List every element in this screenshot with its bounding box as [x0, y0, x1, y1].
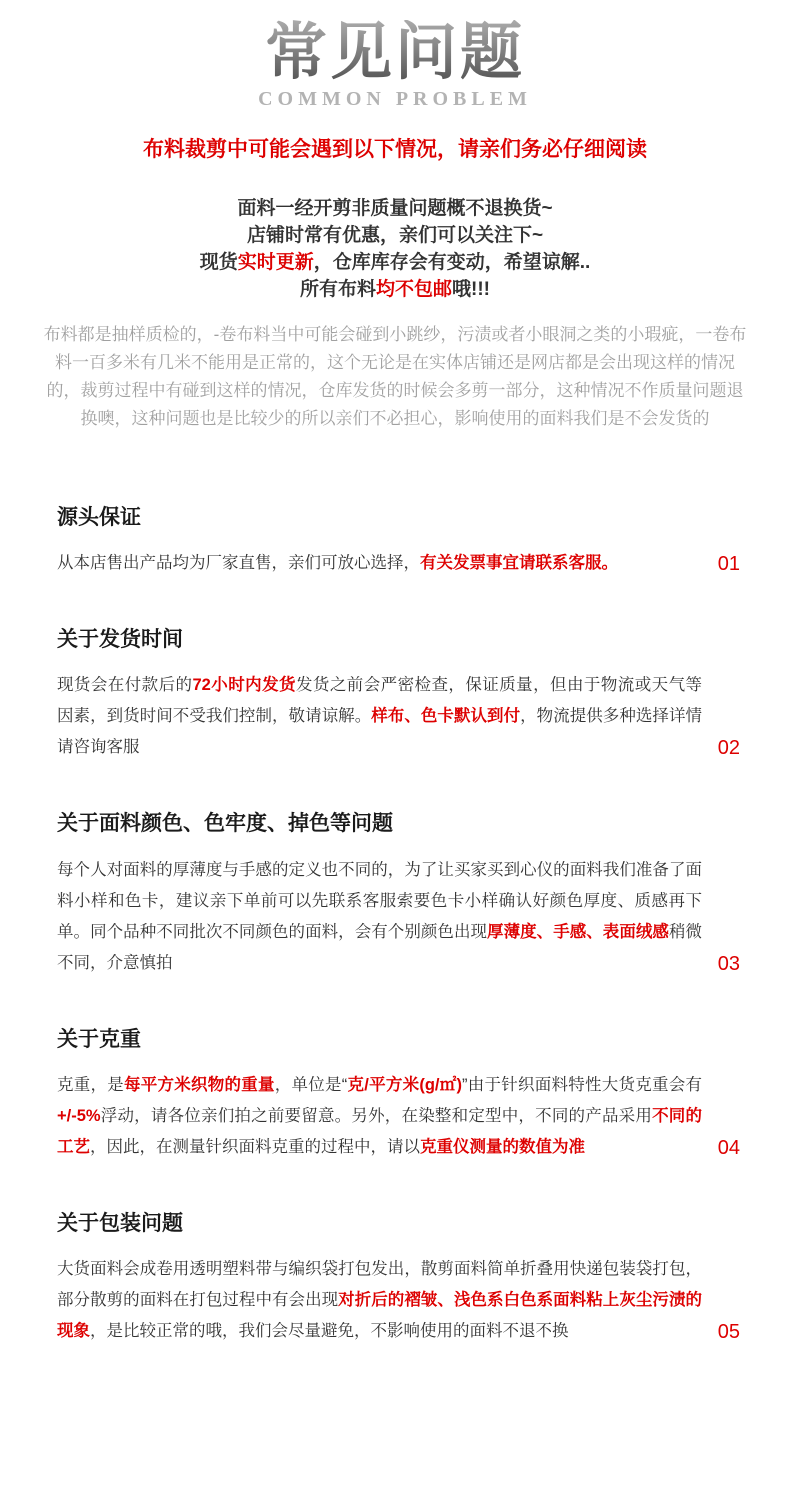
text-segment: 面料一经开剪非质量问题概不退换货~ — [237, 198, 552, 219]
section-title: 关于包装问题 — [57, 1211, 702, 1236]
page-subtitle-en: COMMON PROBLEM — [0, 88, 790, 111]
intro-line: 面料一经开剪非质量问题概不退换货~ — [0, 195, 790, 222]
text-segment: ”由于针织面料特性大货克重会有 — [462, 1076, 702, 1094]
section-number: 01 — [718, 553, 740, 576]
faq-section: 关于面料颜色、色牢度、掉色等问题 每个人对面料的厚薄度与手感的定义也不同的，为了… — [0, 811, 790, 978]
section-title: 关于发货时间 — [57, 627, 702, 652]
section-body: 大货面料会成卷用透明塑料带与编织袋打包发出，散剪面料简单折叠用快递包装袋打包，部… — [57, 1254, 702, 1347]
faq-section: 关于发货时间 现货会在付款后的72小时内发货发货之前会严密检查，保证质量，但由于… — [0, 627, 790, 763]
text-segment: 浮动，请各位亲们拍之前要留意。另外，在染整和定型中，不同的产品采用 — [101, 1107, 653, 1125]
intro-lines: 面料一经开剪非质量问题概不退换货~店铺时常有优惠，亲们可以关注下~现货实时更新，… — [0, 195, 790, 303]
highlight-text: 均不包邮 — [376, 279, 452, 300]
text-segment: ，是比较正常的哦，我们会尽量避免，不影响使用的面料不退不换 — [90, 1322, 569, 1340]
notice-text: 布料裁剪中可能会遇到以下情况，请亲们务必仔细阅读 — [0, 133, 790, 163]
intro-paragraph: 布料都是抽样质检的，-卷布料当中可能会碰到小跳纱，污渍或者小眼洞之类的小瑕疵，一… — [41, 321, 749, 433]
faq-section: 关于克重 克重，是每平方米织物的重量，单位是“克/平方米(g/㎡)”由于针织面料… — [0, 1027, 790, 1163]
text-segment: 现货 — [200, 252, 238, 273]
highlight-text: 克重仪测量的数值为准 — [420, 1138, 585, 1156]
section-number: 02 — [718, 737, 740, 760]
section-body: 现货会在付款后的72小时内发货发货之前会严密检查，保证质量，但由于物流或天气等因… — [57, 670, 702, 763]
section-number: 04 — [718, 1137, 740, 1160]
highlight-text: +/-5% — [57, 1107, 101, 1125]
faq-section: 源头保证 从本店售出产品均为厂家直售，亲们可放心选择，有关发票事宜请联系客服。 … — [0, 505, 790, 579]
text-segment: ，仓库库存会有变动，希望谅解.. — [314, 252, 591, 273]
text-segment: 店铺时常有优惠，亲们可以关注下~ — [247, 225, 543, 246]
highlight-text: 有关发票事宜请联系客服。 — [420, 554, 618, 572]
text-segment: 哦!!! — [452, 279, 490, 300]
section-number: 03 — [718, 953, 740, 976]
section-title: 源头保证 — [57, 505, 702, 530]
highlight-text: 样布、色卡默认到付 — [371, 707, 520, 725]
text-segment: 现货会在付款后的 — [57, 676, 193, 694]
intro-line: 店铺时常有优惠，亲们可以关注下~ — [0, 222, 790, 249]
highlight-text: 72小时内发货 — [193, 676, 296, 694]
highlight-text: 克/平方米(g/㎡) — [347, 1076, 462, 1094]
text-segment: ，因此，在测量针织面料克重的过程中，请以 — [90, 1138, 420, 1156]
section-body: 每个人对面料的厚薄度与手感的定义也不同的，为了让买家买到心仪的面料我们准备了面料… — [57, 855, 702, 979]
faq-section: 关于包装问题 大货面料会成卷用透明塑料带与编织袋打包发出，散剪面料简单折叠用快递… — [0, 1211, 790, 1347]
section-number: 05 — [718, 1321, 740, 1344]
section-title: 关于克重 — [57, 1027, 702, 1052]
highlight-text: 实时更新 — [238, 252, 314, 273]
intro-line: 现货实时更新，仓库库存会有变动，希望谅解.. — [0, 249, 790, 276]
section-body: 从本店售出产品均为厂家直售，亲们可放心选择，有关发票事宜请联系客服。 — [57, 548, 702, 579]
text-segment: 克重，是 — [57, 1076, 124, 1094]
faq-sections: 源头保证 从本店售出产品均为厂家直售，亲们可放心选择，有关发票事宜请联系客服。 … — [0, 505, 790, 1347]
text-segment: 所有布料 — [300, 279, 376, 300]
page-header: 常见问题 COMMON PROBLEM 布料裁剪中可能会遇到以下情况，请亲们务必… — [0, 0, 790, 163]
section-title: 关于面料颜色、色牢度、掉色等问题 — [57, 811, 702, 836]
faq-page: 常见问题 COMMON PROBLEM 布料裁剪中可能会遇到以下情况，请亲们务必… — [0, 0, 790, 1495]
text-segment: ，单位是“ — [275, 1076, 348, 1094]
highlight-text: 每平方米织物的重量 — [124, 1076, 275, 1094]
section-body: 克重，是每平方米织物的重量，单位是“克/平方米(g/㎡)”由于针织面料特性大货克… — [57, 1070, 702, 1163]
text-segment: 从本店售出产品均为厂家直售，亲们可放心选择， — [57, 554, 420, 572]
intro-line: 所有布料均不包邮哦!!! — [0, 276, 790, 303]
highlight-text: 厚薄度、手感、表面绒感 — [487, 923, 669, 941]
page-title: 常见问题 — [265, 20, 525, 87]
